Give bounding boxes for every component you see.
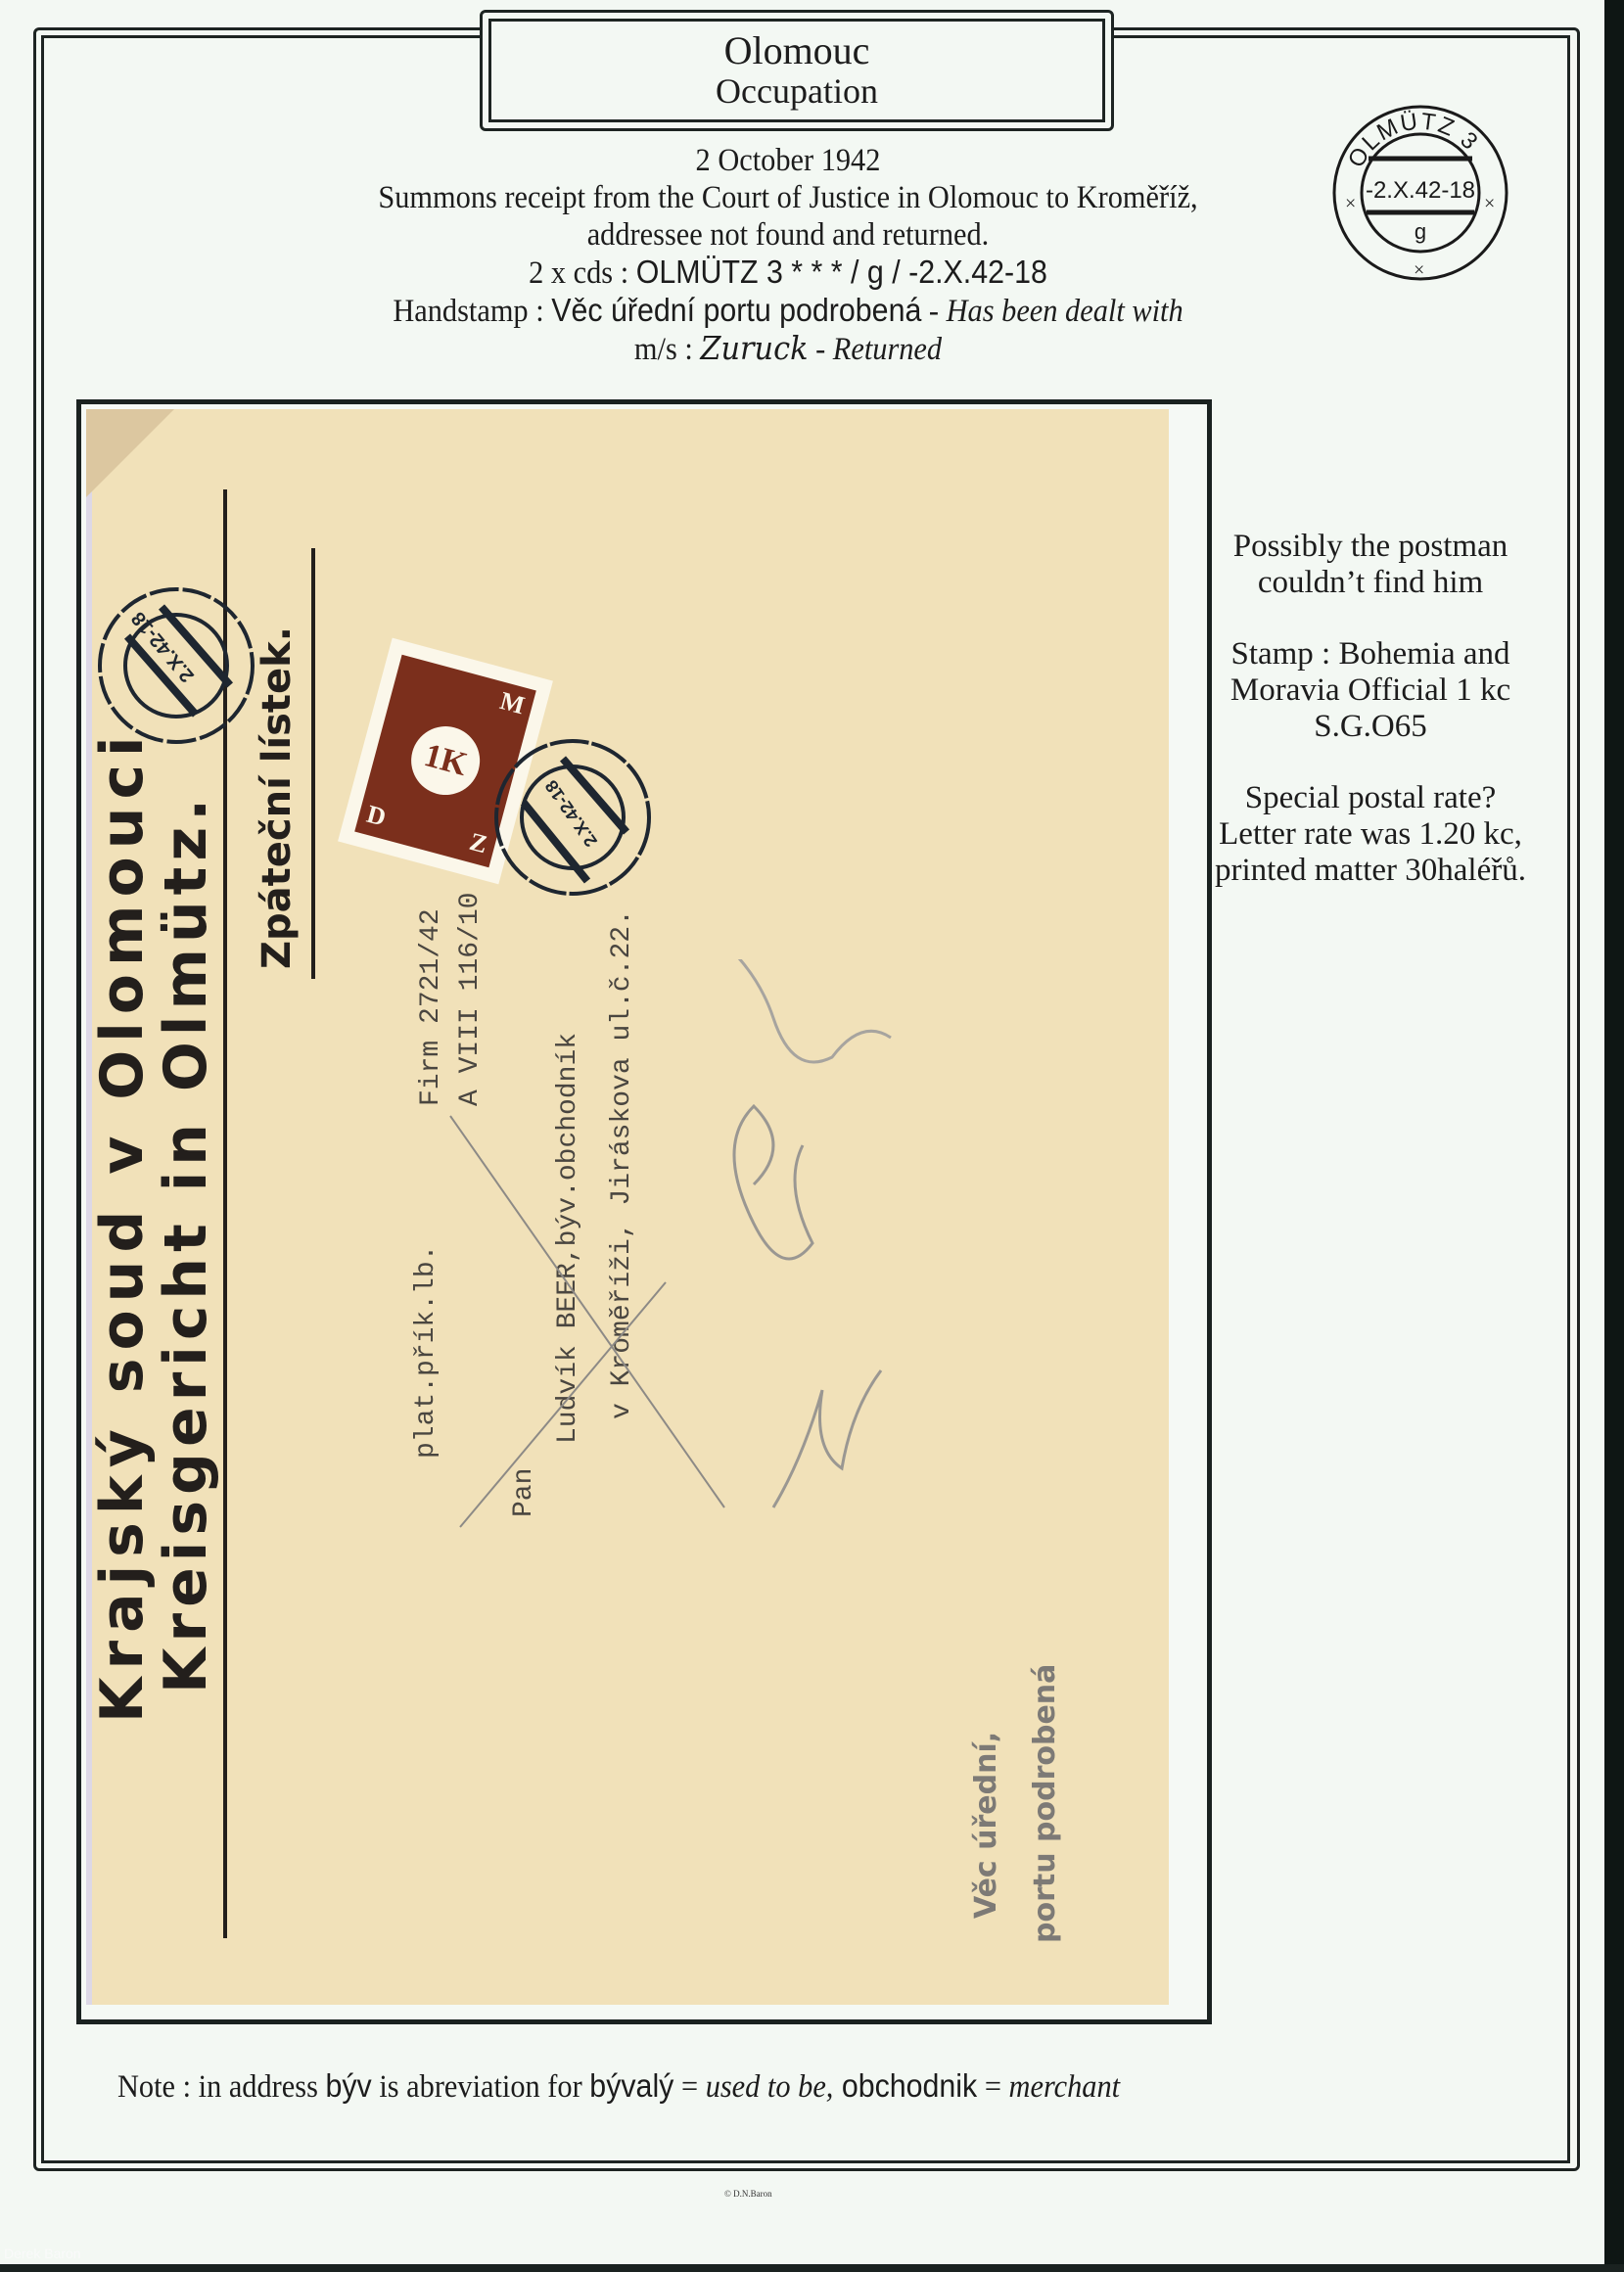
court-name-czech: Krajský soud v Olomouci [88, 728, 157, 1723]
svg-text:×: × [1484, 193, 1495, 214]
court-name-german: Kreisgericht in Olmütz. [152, 793, 220, 1693]
handstamp-line1: Věc úřední, [969, 1732, 1003, 1919]
pencil-cross-icon [431, 959, 920, 1703]
side-note-1: Possibly the postman couldn’t find him [1214, 529, 1527, 601]
header-handstamp: Handstamp : Věc úřední portu podrobená -… [270, 292, 1306, 330]
side-notes: Possibly the postman couldn’t find him S… [1214, 529, 1527, 924]
handstamp-value: Věc úřední portu podrobená [551, 292, 921, 328]
header-cds: 2 x cds : OLMÜTZ 3 * * * / g / -2.X.42-1… [270, 254, 1306, 292]
header-date: 2 October 1942 [270, 142, 1306, 179]
postmark-stamp-icon: 2.X.42-18 [489, 734, 656, 901]
postmark-illustration-icon: OLMÜTZ 3 -2.X.42-18 g × × × [1327, 100, 1513, 286]
stamp-value: 1K [403, 719, 487, 803]
form-title-rule [311, 548, 315, 979]
page-title: Olomouc [724, 30, 870, 71]
watermark: Derek Baron [4, 2246, 81, 2261]
footer-note: Note : in address býv is abreviation for… [117, 2067, 1378, 2106]
header-desc-line1: Summons receipt from the Court of Justic… [270, 179, 1306, 216]
svg-text:g: g [1415, 219, 1426, 244]
header-description: 2 October 1942 Summons receipt from the … [270, 142, 1306, 368]
title-box: Olomouc Occupation [480, 10, 1114, 131]
postmark-left-icon: 2.X.42-18 [88, 578, 264, 754]
page-subtitle: Occupation [716, 71, 878, 111]
svg-text:×: × [1345, 193, 1356, 214]
header-desc-line2: addressee not found and returned. [270, 216, 1306, 254]
header-ms: m/s : Zuruck - Returned [270, 330, 1306, 368]
mount-corner [86, 409, 174, 497]
svg-text:-2.X.42-18: -2.X.42-18 [1366, 177, 1475, 204]
scan-edge-right [1604, 0, 1624, 2272]
scan-edge-bottom [0, 2264, 1624, 2272]
handstamp-line2: portu podrobená [1028, 1664, 1062, 1943]
svg-text:×: × [1414, 259, 1424, 281]
ms-value: Zuruck [700, 329, 808, 367]
side-note-2: Stamp : Bohemia and Moravia Official 1 k… [1214, 636, 1527, 745]
copyright: © D.N.Baron [724, 2189, 772, 2199]
cds-value: OLMÜTZ 3 * * * / g / -2.X.42-18 [636, 254, 1047, 290]
side-note-3: Special postal rate? Letter rate was 1.2… [1214, 780, 1527, 889]
